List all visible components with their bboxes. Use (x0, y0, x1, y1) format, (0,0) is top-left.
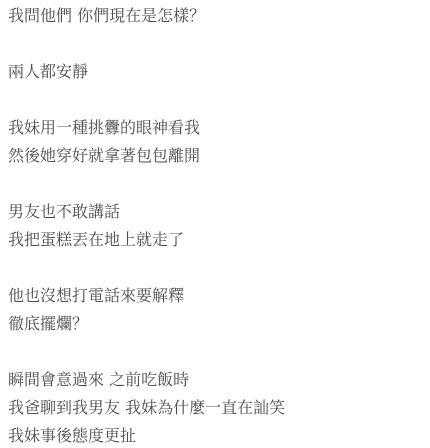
post-paragraph: 我妹用一種挑釁的眼神看我 然後她穿好就拿著包包離開 (8, 114, 422, 170)
post-text-line: 瞬間會意過來 之前吃飯時 (8, 366, 422, 394)
post-text-line: 我妹事後態度更扯 (8, 422, 422, 448)
post-paragraph: 我問他們 你們現在是怎樣？ (8, 2, 422, 30)
post-text-line: 然後她穿好就拿著包包離開 (8, 142, 422, 170)
post-text-line: 他也沒想打電話來要解釋 (8, 282, 422, 310)
post-paragraph: 瞬間會意過來 之前吃飯時 我爸聊到我男友 我妹為什麼一直在訕笑 我妹事後態度更扯 (8, 366, 422, 448)
post-text-line: 男友也不敢講話 (8, 198, 422, 226)
post-paragraph: 男友也不敢講話 我把蛋糕丟在地上就走了 (8, 198, 422, 254)
post-text-line: 我妹用一種挑釁的眼神看我 (8, 114, 422, 142)
post-paragraph: 他也沒想打電話來要解釋 徹底擺爛？ (8, 282, 422, 338)
post-text-line: 我爸聊到我男友 我妹為什麼一直在訕笑 (8, 394, 422, 422)
post-paragraph: 兩人都安靜 (8, 58, 422, 86)
post-content: 我問他們 你們現在是怎樣？ 兩人都安靜 我妹用一種挑釁的眼神看我 然後她穿好就拿… (0, 0, 430, 448)
post-text-line: 徹底擺爛？ (8, 310, 422, 338)
post-text-line: 兩人都安靜 (8, 58, 422, 86)
post-text-line: 我把蛋糕丟在地上就走了 (8, 226, 422, 254)
post-text-line: 我問他們 你們現在是怎樣？ (8, 2, 422, 30)
